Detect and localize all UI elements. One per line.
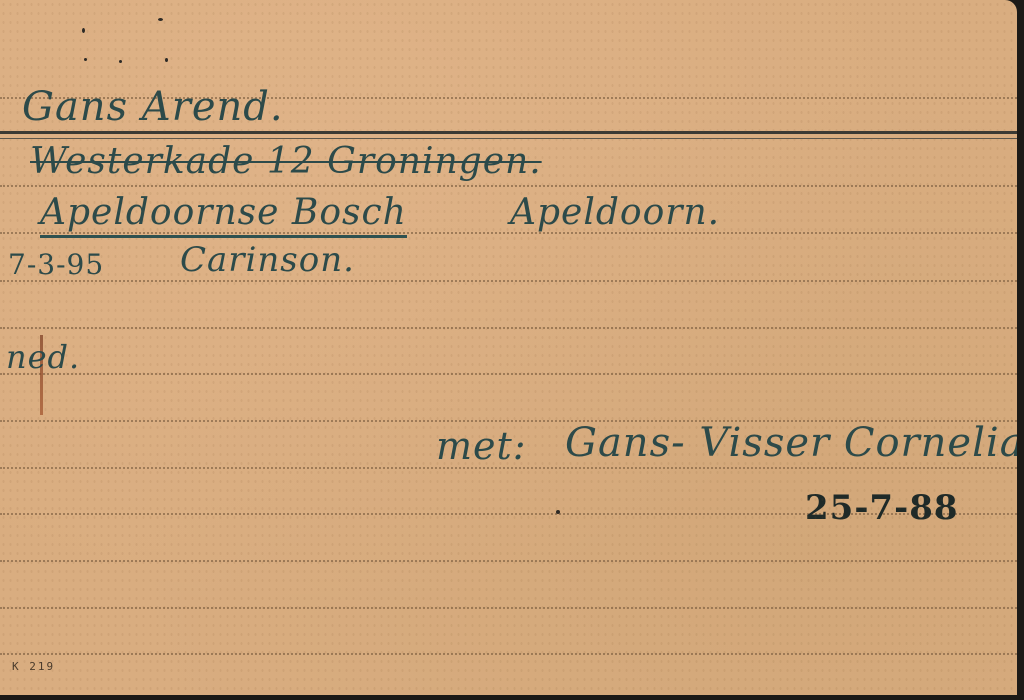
current-address-city: Apeldoorn. bbox=[510, 192, 720, 233]
ruled-line bbox=[0, 560, 1017, 562]
occupation: Carinson. bbox=[180, 240, 355, 280]
religion: ned. bbox=[6, 338, 80, 376]
spouse-name: Gans- Visser Cornelia bbox=[565, 420, 1017, 466]
ruled-line bbox=[0, 280, 1017, 282]
marriage-date: 25-7-88 bbox=[805, 488, 959, 528]
spouse-label: met: bbox=[436, 424, 527, 468]
current-address-place: Apeldoornse Bosch bbox=[40, 192, 407, 238]
ruled-line bbox=[0, 327, 1017, 329]
former-address-struck: Westerkade 12 Groningen. bbox=[30, 141, 542, 182]
ruled-line bbox=[0, 185, 1017, 187]
ink-speck bbox=[84, 58, 87, 61]
ruled-line bbox=[0, 653, 1017, 655]
birth-date: 7-3-95 bbox=[8, 248, 104, 281]
card-form-code: K 219 bbox=[12, 660, 55, 673]
ruled-line bbox=[0, 373, 1017, 375]
index-card: Gans Arend. Westerkade 12 Groningen. Ape… bbox=[0, 0, 1017, 695]
ink-speck bbox=[119, 60, 122, 63]
ruled-line bbox=[0, 607, 1017, 609]
ink-speck bbox=[82, 28, 85, 33]
ink-speck bbox=[556, 510, 560, 514]
ink-speck bbox=[158, 18, 163, 21]
header-double-rule bbox=[0, 131, 1017, 139]
ink-speck bbox=[165, 58, 168, 62]
name-entry: Gans Arend. bbox=[22, 84, 284, 130]
